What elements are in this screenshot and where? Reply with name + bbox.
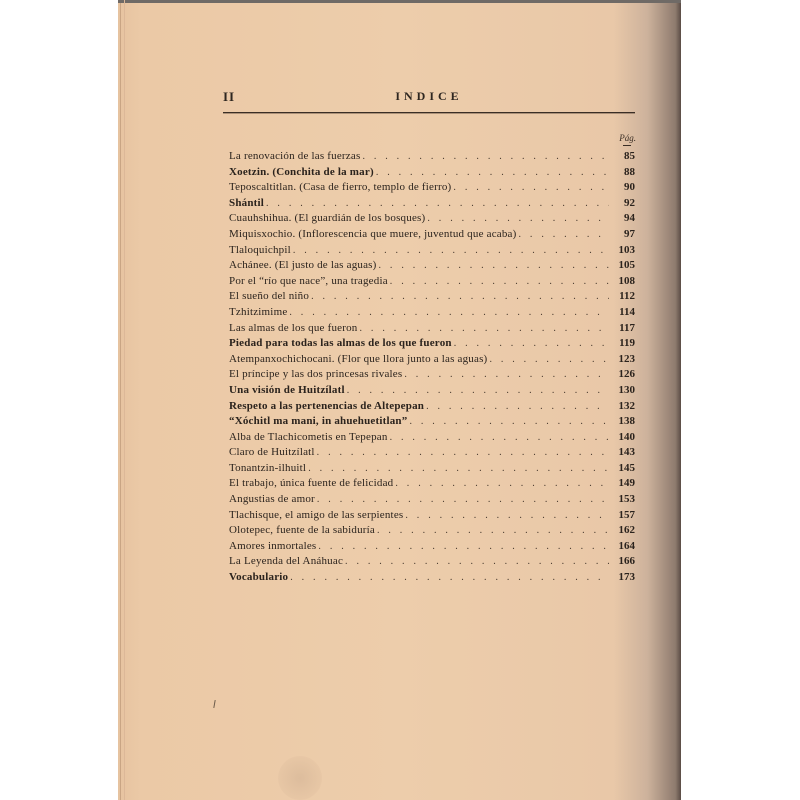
- scanned-book-page: II INDICE Pág. La renovación de las fuer…: [118, 0, 681, 800]
- dot-leader: [293, 243, 609, 259]
- entry-title: La Leyenda del Anáhuac: [229, 554, 343, 570]
- entry-page: 138: [613, 414, 635, 430]
- dot-leader: [317, 445, 609, 461]
- dot-leader: [427, 211, 609, 227]
- entry-page: 94: [613, 211, 635, 227]
- dot-leader: [489, 352, 609, 368]
- entry-title: Teposcaltitlan. (Casa de fierro, templo …: [229, 180, 451, 196]
- dot-leader: [308, 461, 609, 477]
- entry-page: 123: [613, 352, 635, 368]
- dot-leader: [379, 258, 609, 274]
- entry-title: Tlaloquichpil: [229, 243, 291, 259]
- entry-page: 114: [613, 305, 635, 321]
- paper-stain: [278, 756, 322, 800]
- page-title: INDICE: [223, 89, 635, 104]
- entry-page: 92: [613, 196, 635, 212]
- entry-title: Achánee. (El justo de las aguas): [229, 258, 377, 274]
- toc-entry: Vocabulario173: [229, 570, 635, 586]
- entry-page: 90: [613, 180, 635, 196]
- entry-title: Alba de Tlachicometis en Tepepan: [229, 430, 388, 446]
- toc-entry: Tonantzin-ilhuitl145: [229, 461, 635, 477]
- dot-leader: [345, 554, 609, 570]
- entry-page: 162: [613, 523, 635, 539]
- toc-entry: Tlachisque, el amigo de las serpientes15…: [229, 508, 635, 524]
- entry-page: 88: [613, 165, 635, 181]
- entry-title: Claro de Huitzílatl: [229, 445, 315, 461]
- entry-title: Shántil: [229, 196, 264, 212]
- dot-leader: [289, 305, 609, 321]
- toc-entry: El trabajo, única fuente de felicidad149: [229, 476, 635, 492]
- entry-page: 173: [613, 570, 635, 586]
- dot-leader: [318, 539, 609, 555]
- entry-page: 153: [613, 492, 635, 508]
- dot-leader: [311, 289, 609, 305]
- entry-page: 117: [613, 321, 635, 337]
- entry-title: Tzhitzimime: [229, 305, 287, 321]
- entry-title: Atempanxochichocani. (Flor que llora jun…: [229, 352, 487, 368]
- entry-page: 126: [613, 367, 635, 383]
- entry-page: 145: [613, 461, 635, 477]
- entry-title: El príncipe y las dos princesas rivales: [229, 367, 402, 383]
- entry-title: Miquisxochio. (Inflorescencia que muere,…: [229, 227, 517, 243]
- entry-title: Respeto a las pertenencias de Altepepan: [229, 399, 424, 415]
- entry-page: 85: [613, 149, 635, 165]
- entry-page: 108: [613, 274, 635, 290]
- dot-leader: [453, 180, 609, 196]
- toc-entry: Respeto a las pertenencias de Altepepan1…: [229, 399, 635, 415]
- entry-page: 166: [613, 554, 635, 570]
- toc-entry: “Xóchitl ma mani, in ahuehuetitlan”138: [229, 414, 635, 430]
- page-column-underline: [623, 145, 631, 146]
- toc-entry: El sueño del niño112: [229, 289, 635, 305]
- toc-entry: Cuauhshihua. (El guardián de los bosques…: [229, 211, 635, 227]
- entry-page: 164: [613, 539, 635, 555]
- entry-page: 140: [613, 430, 635, 446]
- toc-entry: Una visión de Huitzílatl130: [229, 383, 635, 399]
- dot-leader: [290, 570, 609, 586]
- entry-title: El sueño del niño: [229, 289, 309, 305]
- dot-leader: [454, 336, 609, 352]
- toc-entry: La renovación de las fuerzas85: [229, 149, 635, 165]
- entry-title: Una visión de Huitzílatl: [229, 383, 345, 399]
- entry-title: Por el “río que nace”, una tragedia: [229, 274, 388, 290]
- entry-page: 105: [613, 258, 635, 274]
- toc-entry: La Leyenda del Anáhuac166: [229, 554, 635, 570]
- toc-entry: Teposcaltitlan. (Casa de fierro, templo …: [229, 180, 635, 196]
- entry-page: 143: [613, 445, 635, 461]
- dot-leader: [376, 165, 609, 181]
- entry-page: 132: [613, 399, 635, 415]
- toc-entry: Tzhitzimime114: [229, 305, 635, 321]
- entry-title: “Xóchitl ma mani, in ahuehuetitlan”: [229, 414, 407, 430]
- toc-entry: Achánee. (El justo de las aguas)105: [229, 258, 635, 274]
- entry-title: Xoetzin. (Conchita de la mar): [229, 165, 374, 181]
- entry-title: La renovación de las fuerzas: [229, 149, 360, 165]
- entry-page: 157: [613, 508, 635, 524]
- dot-leader: [347, 383, 609, 399]
- entry-title: Angustias de amor: [229, 492, 315, 508]
- dot-leader: [317, 492, 609, 508]
- dot-leader: [409, 414, 609, 430]
- entry-title: El trabajo, única fuente de felicidad: [229, 476, 393, 492]
- dot-leader: [426, 399, 609, 415]
- dot-leader: [390, 430, 609, 446]
- entry-title: Tonantzin-ilhuitl: [229, 461, 306, 477]
- dot-leader: [377, 523, 609, 539]
- entry-page: 112: [613, 289, 635, 305]
- dot-leader: [266, 196, 609, 212]
- toc-entry: Tlaloquichpil103: [229, 243, 635, 259]
- running-header: II INDICE: [223, 89, 635, 111]
- toc-entry: Alba de Tlachicometis en Tepepan140: [229, 430, 635, 446]
- entry-title: Las almas de los que fueron: [229, 321, 358, 337]
- entry-title: Cuauhshihua. (El guardián de los bosques…: [229, 211, 425, 227]
- dot-leader: [405, 508, 609, 524]
- entry-page: 119: [613, 336, 635, 352]
- toc-entry: El príncipe y las dos princesas rivales1…: [229, 367, 635, 383]
- toc-entry: Claro de Huitzílatl143: [229, 445, 635, 461]
- entry-title: Piedad para todas las almas de los que f…: [229, 336, 452, 352]
- entry-page: 130: [613, 383, 635, 399]
- toc-entry: Miquisxochio. (Inflorescencia que muere,…: [229, 227, 635, 243]
- toc-entry: Shántil92: [229, 196, 635, 212]
- dot-leader: [360, 321, 609, 337]
- entry-page: 97: [613, 227, 635, 243]
- dot-leader: [395, 476, 609, 492]
- toc-entry: Olotepec, fuente de la sabiduría162: [229, 523, 635, 539]
- entry-title: Vocabulario: [229, 570, 288, 586]
- toc-entry: Piedad para todas las almas de los que f…: [229, 336, 635, 352]
- toc-entry: Atempanxochichocani. (Flor que llora jun…: [229, 352, 635, 368]
- dot-leader: [404, 367, 609, 383]
- page-top-edge: [118, 0, 681, 3]
- page-column-label: Pág.: [612, 133, 636, 143]
- entry-page: 149: [613, 476, 635, 492]
- toc-entry: Amores inmortales164: [229, 539, 635, 555]
- dot-leader: [519, 227, 609, 243]
- toc-entry: Por el “río que nace”, una tragedia108: [229, 274, 635, 290]
- dot-leader: [362, 149, 609, 165]
- toc-entry: Angustias de amor153: [229, 492, 635, 508]
- entry-page: 103: [613, 243, 635, 259]
- margin-pencil-mark: [213, 700, 215, 708]
- entry-title: Olotepec, fuente de la sabiduría: [229, 523, 375, 539]
- header-rule: [223, 112, 635, 113]
- table-of-contents: La renovación de las fuerzas85 Xoetzin. …: [229, 149, 635, 586]
- entry-title: Tlachisque, el amigo de las serpientes: [229, 508, 403, 524]
- entry-title: Amores inmortales: [229, 539, 316, 555]
- dot-leader: [390, 274, 609, 290]
- toc-entry: Xoetzin. (Conchita de la mar)88: [229, 165, 635, 181]
- toc-entry: Las almas de los que fueron117: [229, 321, 635, 337]
